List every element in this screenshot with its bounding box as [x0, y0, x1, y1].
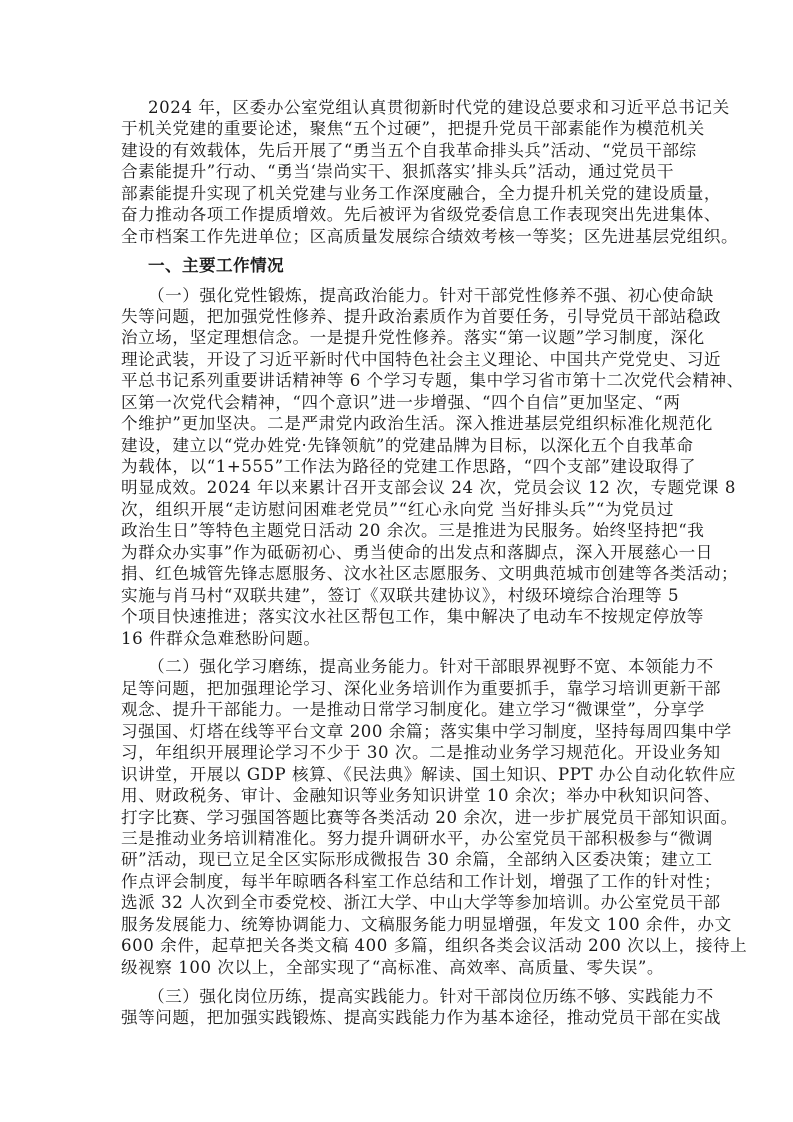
text-line: 600 余件，起草把关各类文稿 400 多篇，组织各类会议活动 200 次以上，…	[121, 935, 674, 956]
text-line: 平总书记系列重要讲话精神等 6 个学习专题，集中学习省市第十二次党代会精神、	[121, 370, 674, 391]
text-line: 全市档案工作先进单位；区高质量发展综合绩效考核一等奖；区先进基层党组织。	[121, 226, 674, 247]
text-line: 级视察 100 次以上，全部实现了“高标准、高效率、高质量、零失误”。	[121, 957, 674, 978]
text-line: （二）强化学习磨练，提高业务能力。针对干部眼界视野不宽、本领能力不	[121, 656, 674, 677]
paragraph-part-3: （三）强化岗位历练，提高实践能力。针对干部岗位历练不够、实践能力不 强等问题，把…	[121, 986, 674, 1029]
text-line: 个项目快速推进；落实汶水社区帮包工作，集中解决了电动车不按规定停放等	[121, 606, 674, 627]
text-line: 奋力推动各项工作提质增效。先后被评为省级党委信息工作表现突出先进集体、	[121, 204, 674, 225]
text-line: 实施与肖马村“双联共建”，签订《双联共建协议》，村级环境综合治理等 5	[121, 585, 674, 606]
text-line: 明显成效。2024 年以来累计召开支部会议 24 次，党员会议 12 次，专题党…	[121, 477, 674, 498]
text-line: 服务发展能力、统筹协调能力、文稿服务能力明显增强，年发文 100 余件，办文	[121, 914, 674, 935]
text-line: 强等问题，把加强实践锻炼、提高实践能力作为基本途径，推动党员干部在实战	[121, 1007, 674, 1028]
text-line: 建设，建立以“党办姓党·先锋领航”的党建品牌为目标，以深化五个自我革命	[121, 435, 674, 456]
text-line: 观念、提升干部能力。一是推动日常学习制度化。建立学习“微课堂”，分享学	[121, 699, 674, 720]
text-line: 个维护”更加坚决。二是严肃党内政治生活。深入推进基层党组织标准化规范化	[121, 413, 674, 434]
text-line: 为载体，以“1+555”工作法为路径的党建工作思路，“四个支部”建设取得了	[121, 456, 674, 477]
text-line: 于机关党建的重要论述，聚焦“五个过硬”，把提升党员干部素能作为模范机关	[121, 118, 674, 139]
text-line: 治立场，坚定理想信念。一是提升党性修养。落实“第一议题”学习制度，深化	[121, 327, 674, 348]
paragraph-part-2: （二）强化学习磨练，提高业务能力。针对干部眼界视野不宽、本领能力不 足等问题，把…	[121, 656, 674, 978]
text-line: 建设的有效载体，先后开展了“勇当五个自我革命排头兵”活动、“党员干部综	[121, 140, 674, 161]
text-line: 政治生日”等特色主题党日活动 20 余次。三是推进为民服务。始终坚持把“我	[121, 520, 674, 541]
document-page: 2024 年，区委办公室党组认真贯彻新时代党的建设总要求和习近平总书记关 于机关…	[121, 97, 674, 1028]
text-line: 习，年组织开展理论学习不少于 30 次。二是推动业务学习规范化。开设业务知	[121, 742, 674, 763]
text-line: 合素能提升”行动、“勇当‘崇尚实干、狠抓落实’排头兵”活动，通过党员干	[121, 161, 674, 182]
text-line: 用、财政税务、审计、金融知识等业务知识讲堂 10 余次；举办中秋知识问答、	[121, 785, 674, 806]
text-line: 次，组织开展“走访慰问困难老党员”“红心永向党 当好排头兵”“为党员过	[121, 499, 674, 520]
section-heading: 一、主要工作情况	[121, 255, 674, 276]
text-line: （一）强化党性锻炼，提高政治能力。针对干部党性修养不强、初心使命缺	[121, 285, 674, 306]
text-line: 16 件群众急难愁盼问题。	[121, 628, 674, 649]
text-line: 区第一次党代会精神，“四个意识”进一步增强、“四个自信”更加坚定、“两	[121, 392, 674, 413]
text-line: 部素能提升实现了机关党建与业务工作深度融合，全力提升机关党的建设质量，	[121, 183, 674, 204]
text-line: 习强国、灯塔在线等平台文章 200 余篇；落实集中学习制度，坚持每周四集中学	[121, 721, 674, 742]
text-line: 研”活动，现已立足全区实际形成微报告 30 余篇，全部纳入区委决策；建立工	[121, 849, 674, 870]
text-line: 三是推动业务培训精准化。努力提升调研水平，办公室党员干部积极参与“微调	[121, 828, 674, 849]
text-line: 打字比赛、学习强国答题比赛等各类活动 20 余次，进一步扩展党员干部知识面。	[121, 807, 674, 828]
intro-paragraph: 2024 年，区委办公室党组认真贯彻新时代党的建设总要求和习近平总书记关 于机关…	[121, 97, 674, 247]
text-line: 选派 32 人次到全市委党校、浙江大学、中山大学等参加培训。办公室党员干部	[121, 892, 674, 913]
text-line: 足等问题，把加强理论学习、深化业务培训作为重要抓手，靠学习培训更新干部	[121, 678, 674, 699]
text-line: 作点评会制度，每半年晾晒各科室工作总结和工作计划，增强了工作的针对性；	[121, 871, 674, 892]
text-line: 为群众办实事”作为砥砺初心、勇当使命的出发点和落脚点，深入开展慈心一日	[121, 542, 674, 563]
text-line: 理论武装，开设了习近平新时代中国特色社会主义理论、中国共产党党史、习近	[121, 349, 674, 370]
text-line: （三）强化岗位历练，提高实践能力。针对干部岗位历练不够、实践能力不	[121, 986, 674, 1007]
text-line: 识讲堂，开展以 GDP 核算、《民法典》解读、国土知识、PPT 办公自动化软件应	[121, 764, 674, 785]
text-line: 捐、红色城管先锋志愿服务、汶水社区志愿服务、文明典范城市创建等各类活动；	[121, 563, 674, 584]
paragraph-part-1: （一）强化党性锻炼，提高政治能力。针对干部党性修养不强、初心使命缺 失等问题，把…	[121, 285, 674, 649]
text-line: 2024 年，区委办公室党组认真贯彻新时代党的建设总要求和习近平总书记关	[121, 97, 674, 118]
text-line: 失等问题，把加强党性修养、提升政治素质作为首要任务，引导党员干部站稳政	[121, 306, 674, 327]
